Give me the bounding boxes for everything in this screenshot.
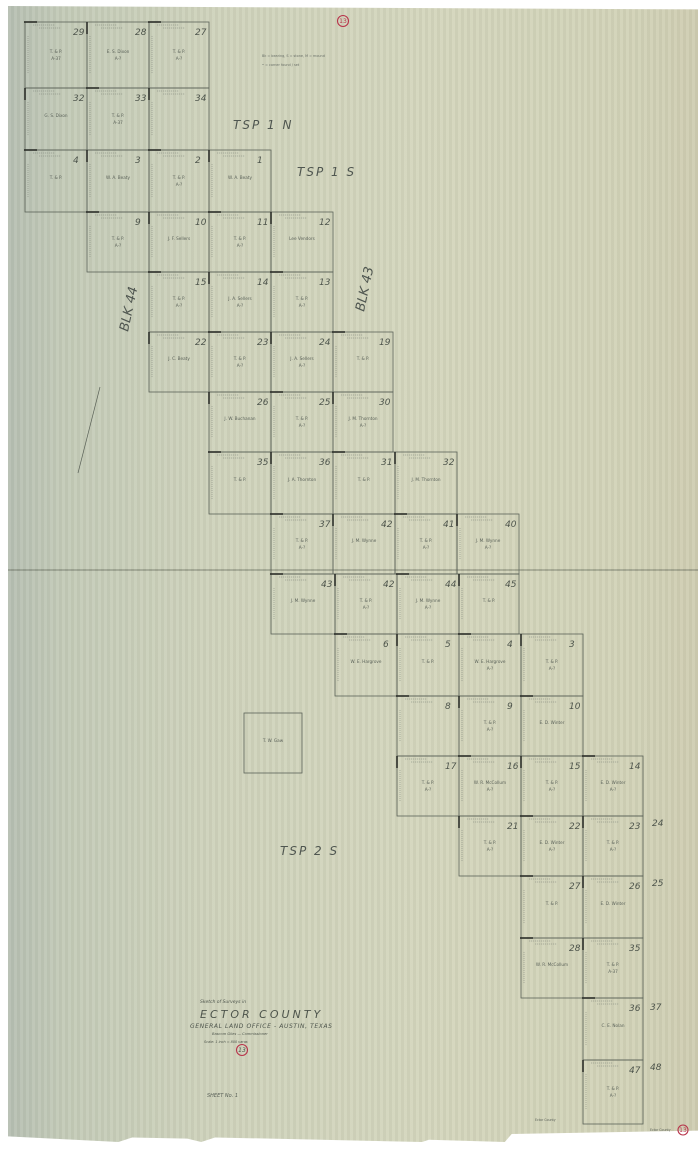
section-number: 33 — [135, 94, 147, 104]
section-owner: T. & P. — [357, 477, 371, 482]
section-number: 4 — [507, 640, 513, 650]
section-owner: J. M. Thornton — [347, 416, 377, 421]
section-owner: T. & P. — [483, 720, 497, 725]
section-number: 3 — [135, 156, 141, 166]
section-number: 8 — [445, 702, 451, 712]
section-abstract: A-? — [487, 787, 494, 792]
survey-section: 12Lee Vendors — [271, 212, 333, 272]
survey-section: 16W. R. McCollumA-? — [459, 756, 521, 816]
section-owner: E. D. Winter — [600, 901, 625, 906]
section-abstract: A-? — [549, 666, 556, 671]
section-owner: T. & P. — [421, 780, 435, 785]
section-abstract: A-? — [115, 243, 122, 248]
section-owner: C. E. Nolan — [602, 1023, 625, 1028]
survey-section: 27T. & P. — [521, 876, 583, 938]
survey-section: 23T. & P.A-? — [583, 816, 643, 876]
title-prefix: Sketch of Surveys in — [200, 999, 246, 1005]
survey-section: 5T. & P. — [397, 634, 459, 696]
section-number: 10 — [569, 702, 581, 712]
section-owner: J. A. Sellers — [289, 356, 313, 361]
township-label-1s: TSP 1 S — [297, 165, 356, 179]
section-owner: E. D. Winter — [600, 780, 625, 785]
survey-section: 9T. & P.A-? — [87, 212, 149, 272]
section-abstract: A-? — [487, 666, 494, 671]
section-number: 4 — [73, 156, 79, 166]
section-number: 44 — [445, 580, 457, 590]
survey-section: 10J. F. Sellers — [149, 212, 209, 272]
survey-section: 22E. D. WinterA-? — [521, 816, 583, 876]
section-owner: W. A. Beaty — [228, 175, 252, 180]
survey-section: 28E. S. DixonA-? — [87, 22, 149, 88]
survey-section: 29T. & P.A-37 — [25, 22, 87, 88]
section-abstract: A-? — [487, 727, 494, 732]
section-number: 37 — [650, 1003, 662, 1013]
section-owner: T. & P. — [111, 113, 125, 118]
section-owner: T. & P. — [295, 416, 309, 421]
survey-section: 3T. & P.A-? — [521, 634, 583, 696]
sheet-number: SHEET No. 1 — [207, 1093, 238, 1099]
survey-section: 8 — [397, 696, 459, 756]
section-abstract: A-? — [176, 303, 183, 308]
section-number: 9 — [135, 218, 141, 228]
section-owner: J. M. Wynne — [415, 598, 441, 603]
section-number: 43 — [321, 580, 333, 590]
survey-section: 21T. & P.A-? — [459, 816, 521, 876]
section-owner: J. W. Buchanan — [223, 416, 255, 421]
section-number: 10 — [195, 218, 207, 228]
title-block: Sketch of Surveys in ECTOR COUNTY GENERA… — [190, 999, 333, 1056]
survey-section: 15T. & P.A-? — [521, 756, 583, 816]
survey-section: 15T. & P.A-? — [149, 272, 209, 332]
section-owner: J. F. Sellers — [167, 236, 190, 241]
section-abstract: A-? — [237, 303, 244, 308]
isolated-tract: T. W. Gaw — [244, 713, 302, 773]
section-number: 14 — [257, 278, 269, 288]
section-number: 25 — [319, 398, 331, 408]
survey-section: 10E. D. Winter — [521, 696, 583, 756]
section-owner: T. & P. — [233, 477, 247, 482]
svg-text:13: 13 — [238, 1047, 246, 1054]
section-abstract: A-? — [299, 423, 306, 428]
section-number: 16 — [507, 762, 519, 772]
section-abstract: A-? — [423, 545, 430, 550]
survey-section: 34 — [149, 88, 209, 150]
section-abstract: A-? — [425, 605, 432, 610]
svg-text:T. W. Gaw: T. W. Gaw — [262, 738, 284, 743]
section-owner: J. A. Thornton — [287, 477, 317, 482]
survey-section: 22J. C. Beaty — [149, 332, 209, 392]
section-owner: J. C. Beaty — [167, 356, 190, 361]
section-abstract: A-? — [237, 243, 244, 248]
survey-section: 47T. & P.A-? — [583, 1060, 643, 1124]
section-abstract: A-? — [299, 303, 306, 308]
section-owner: J. M. Wynne — [290, 598, 316, 603]
section-number: 14 — [629, 762, 641, 772]
section-number: 12 — [319, 218, 331, 228]
survey-section: 3W. A. Beaty — [87, 150, 149, 212]
section-number: 23 — [257, 338, 269, 348]
survey-section: 9T. & P.A-? — [459, 696, 521, 756]
section-owner: J. M. Wynne — [475, 538, 501, 543]
section-owner: T. & P. — [233, 236, 247, 241]
survey-section: 17T. & P.A-? — [397, 756, 459, 816]
section-owner: W. R. McCollum — [536, 962, 568, 967]
section-owner: T. & P. — [606, 962, 620, 967]
legend-line-2: • = corner found / set — [262, 63, 300, 67]
section-abstract: A-? — [237, 363, 244, 368]
survey-section: 1W. A. Beaty — [209, 150, 271, 212]
section-owner: W. E. Hargrove — [351, 659, 382, 664]
section-abstract: A-? — [176, 56, 183, 61]
section-number: 25 — [652, 879, 664, 889]
block-label-44: BLK 44 — [117, 285, 141, 333]
section-number: 22 — [195, 338, 207, 348]
survey-section: 4W. E. HargroveA-? — [459, 634, 521, 696]
section-number: 3 — [569, 640, 575, 650]
section-owner: T. & P. — [172, 175, 186, 180]
survey-section: 32G. S. Dixon — [25, 88, 87, 150]
stray-line — [78, 387, 100, 473]
section-number: 35 — [257, 458, 269, 468]
section-owner: T. & P. — [295, 296, 309, 301]
section-owner: T. & P. — [172, 296, 186, 301]
section-owner: J. A. Sellers — [227, 296, 251, 301]
survey-section: 40J. M. WynneA-? — [457, 514, 519, 574]
section-owner: T. & P. — [545, 901, 559, 906]
section-abstract: A-37 — [608, 969, 618, 974]
section-abstract: A-? — [549, 847, 556, 852]
survey-section: 11T. & P.A-? — [209, 212, 271, 272]
section-abstract: A-? — [360, 423, 367, 428]
section-number: 27 — [569, 882, 581, 892]
survey-section: 43J. M. Wynne — [271, 574, 335, 634]
section-number: 27 — [195, 28, 207, 38]
svg-text:13: 13 — [679, 1127, 687, 1134]
section-number: 17 — [445, 762, 457, 772]
legend-line-1: Bk = bearing, S = stone, M = mound — [262, 54, 325, 58]
section-abstract: A-? — [610, 847, 617, 852]
township-label-1n: TSP 1 N — [233, 118, 293, 132]
section-number: 32 — [73, 94, 85, 104]
section-abstract: A-? — [610, 787, 617, 792]
section-owner: T. & P. — [606, 1086, 620, 1091]
survey-section: 6W. E. Hargrove — [335, 634, 397, 696]
section-number: 31 — [381, 458, 392, 468]
survey-section: 35T. & P. — [209, 452, 271, 514]
section-number: 42 — [381, 520, 393, 530]
survey-sections: 29T. & P.A-3728E. S. DixonA-?27T. & P.A-… — [25, 22, 643, 1124]
section-owner: T. & P. — [49, 175, 63, 180]
section-number: 5 — [445, 640, 451, 650]
survey-section: 24J. A. SellersA-? — [271, 332, 333, 392]
section-abstract: A-? — [115, 56, 122, 61]
survey-section: 26J. W. Buchanan — [209, 392, 271, 452]
stamp-top: 13 — [338, 16, 349, 27]
survey-section: 31T. & P. — [333, 452, 395, 514]
survey-section: 25T. & P.A-? — [271, 392, 333, 452]
survey-section: 36J. A. Thornton — [271, 452, 333, 514]
section-number: 21 — [507, 822, 518, 832]
section-number: 19 — [379, 338, 391, 348]
section-number: 13 — [319, 278, 331, 288]
section-number: 23 — [629, 822, 641, 832]
section-number: 11 — [257, 218, 268, 228]
section-number: 37 — [319, 520, 331, 530]
section-number: 34 — [195, 94, 207, 104]
section-owner: T. & P. — [233, 356, 247, 361]
section-abstract: A-? — [549, 787, 556, 792]
section-number: 32 — [443, 458, 455, 468]
bottom-note: Ector County — [535, 1118, 556, 1122]
section-abstract: A-37 — [113, 120, 123, 125]
section-owner: T. & P. — [172, 49, 186, 54]
survey-section: 41T. & P.A-? — [395, 514, 457, 574]
section-abstract: A-? — [176, 182, 183, 187]
bottom-right-note: Ector County — [650, 1128, 671, 1132]
section-owner: T. & P. — [482, 598, 496, 603]
section-number: 45 — [505, 580, 517, 590]
section-number: 28 — [135, 28, 147, 38]
section-number: 35 — [629, 944, 641, 954]
survey-section: 30J. M. ThorntonA-? — [333, 392, 393, 452]
survey-section: 42J. M. Wynne — [333, 514, 395, 574]
section-number: 28 — [569, 944, 581, 954]
section-abstract: A-? — [299, 545, 306, 550]
section-owner: T. & P. — [111, 236, 125, 241]
section-number: 40 — [505, 520, 517, 530]
county-title: ECTOR COUNTY — [200, 1008, 323, 1021]
survey-section: 33T. & P.A-37 — [87, 88, 149, 150]
section-owner: T. & P. — [421, 659, 435, 664]
survey-section: 42T. & P.A-? — [335, 574, 397, 634]
section-abstract: A-? — [610, 1093, 617, 1098]
section-owner: T. & P. — [545, 659, 559, 664]
survey-map: 29T. & P.A-3728E. S. DixonA-?27T. & P.A-… — [0, 0, 700, 1154]
section-number: 22 — [569, 822, 581, 832]
section-owner: G. S. Dixon — [44, 113, 68, 118]
survey-section: 13T. & P.A-? — [271, 272, 333, 332]
section-owner: T. & P. — [483, 840, 497, 845]
section-owner: E. D. Winter — [539, 720, 564, 725]
section-number: 15 — [195, 278, 207, 288]
section-number: 36 — [629, 1004, 641, 1014]
survey-section: 26E. D. Winter — [583, 876, 643, 938]
section-owner: T. & P. — [545, 780, 559, 785]
section-number: 6 — [383, 640, 389, 650]
section-number: 30 — [379, 398, 391, 408]
section-owner: T. & P. — [356, 356, 370, 361]
section-owner: W. A. Beaty — [106, 175, 130, 180]
survey-section: 44J. M. WynneA-? — [397, 574, 459, 634]
survey-section: 37T. & P.A-? — [271, 514, 333, 574]
section-owner: T. & P. — [359, 598, 373, 603]
section-number: 9 — [507, 702, 513, 712]
svg-text:13: 13 — [339, 18, 347, 25]
section-number: 26 — [629, 882, 641, 892]
section-number: 29 — [73, 28, 85, 38]
section-abstract: A-37 — [51, 56, 61, 61]
section-owner: W. E. Hargrove — [475, 659, 506, 664]
section-number: 41 — [443, 520, 454, 530]
section-number: 48 — [650, 1063, 662, 1073]
section-owner: E. S. Dixon — [107, 49, 130, 54]
section-owner: Lee Vendors — [289, 236, 315, 241]
section-number: 47 — [629, 1066, 641, 1076]
survey-section: 23T. & P.A-? — [209, 332, 271, 392]
stamp-bottom-right: 13 — [678, 1125, 688, 1135]
section-number: 24 — [319, 338, 331, 348]
survey-section: 14E. D. WinterA-? — [583, 756, 643, 816]
section-abstract: A-? — [299, 363, 306, 368]
scale-line: Scale: 1 inch = 800 varas — [204, 1040, 248, 1044]
section-owner: T. & P. — [295, 538, 309, 543]
survey-section: 35T. & P.A-37 — [583, 938, 643, 998]
section-abstract: A-? — [425, 787, 432, 792]
survey-section: 28W. R. McCollum — [521, 938, 583, 998]
section-owner: T. & P. — [419, 538, 433, 543]
survey-section: 4T. & P. — [25, 150, 87, 212]
office-title: GENERAL LAND OFFICE - AUSTIN, TEXAS — [190, 1023, 333, 1030]
section-number: 26 — [257, 398, 269, 408]
section-owner: E. D. Winter — [539, 840, 564, 845]
survey-section: 45T. & P. — [459, 574, 519, 634]
survey-section: 36C. E. Nolan — [583, 998, 643, 1060]
block-label-43: BLK 43 — [353, 265, 377, 313]
section-owner: J. M. Wynne — [351, 538, 377, 543]
survey-section: 32J. M. Thornton — [395, 452, 457, 514]
section-owner: T. & P. — [49, 49, 63, 54]
section-number: 2 — [195, 156, 201, 166]
section-number: 36 — [319, 458, 331, 468]
section-owner: J. M. Thornton — [410, 477, 440, 482]
section-number: 24 — [652, 819, 664, 829]
section-abstract: A-? — [487, 847, 494, 852]
survey-section: 27T. & P.A-? — [149, 22, 209, 88]
commissioner-line: Bascom Giles — Commissioner — [212, 1032, 268, 1036]
section-number: 15 — [569, 762, 581, 772]
section-owner: W. R. McCollum — [474, 780, 506, 785]
survey-section: 14J. A. SellersA-? — [209, 272, 271, 332]
side-section-numbers: 24253748 — [650, 819, 664, 1073]
township-label-2s: TSP 2 S — [280, 844, 339, 858]
section-abstract: A-? — [485, 545, 492, 550]
survey-section: 2T. & P.A-? — [149, 150, 209, 212]
section-abstract: A-? — [363, 605, 370, 610]
section-number: 1 — [257, 156, 263, 166]
survey-section: 19T. & P. — [333, 332, 393, 392]
section-owner: T. & P. — [606, 840, 620, 845]
section-number: 42 — [383, 580, 395, 590]
